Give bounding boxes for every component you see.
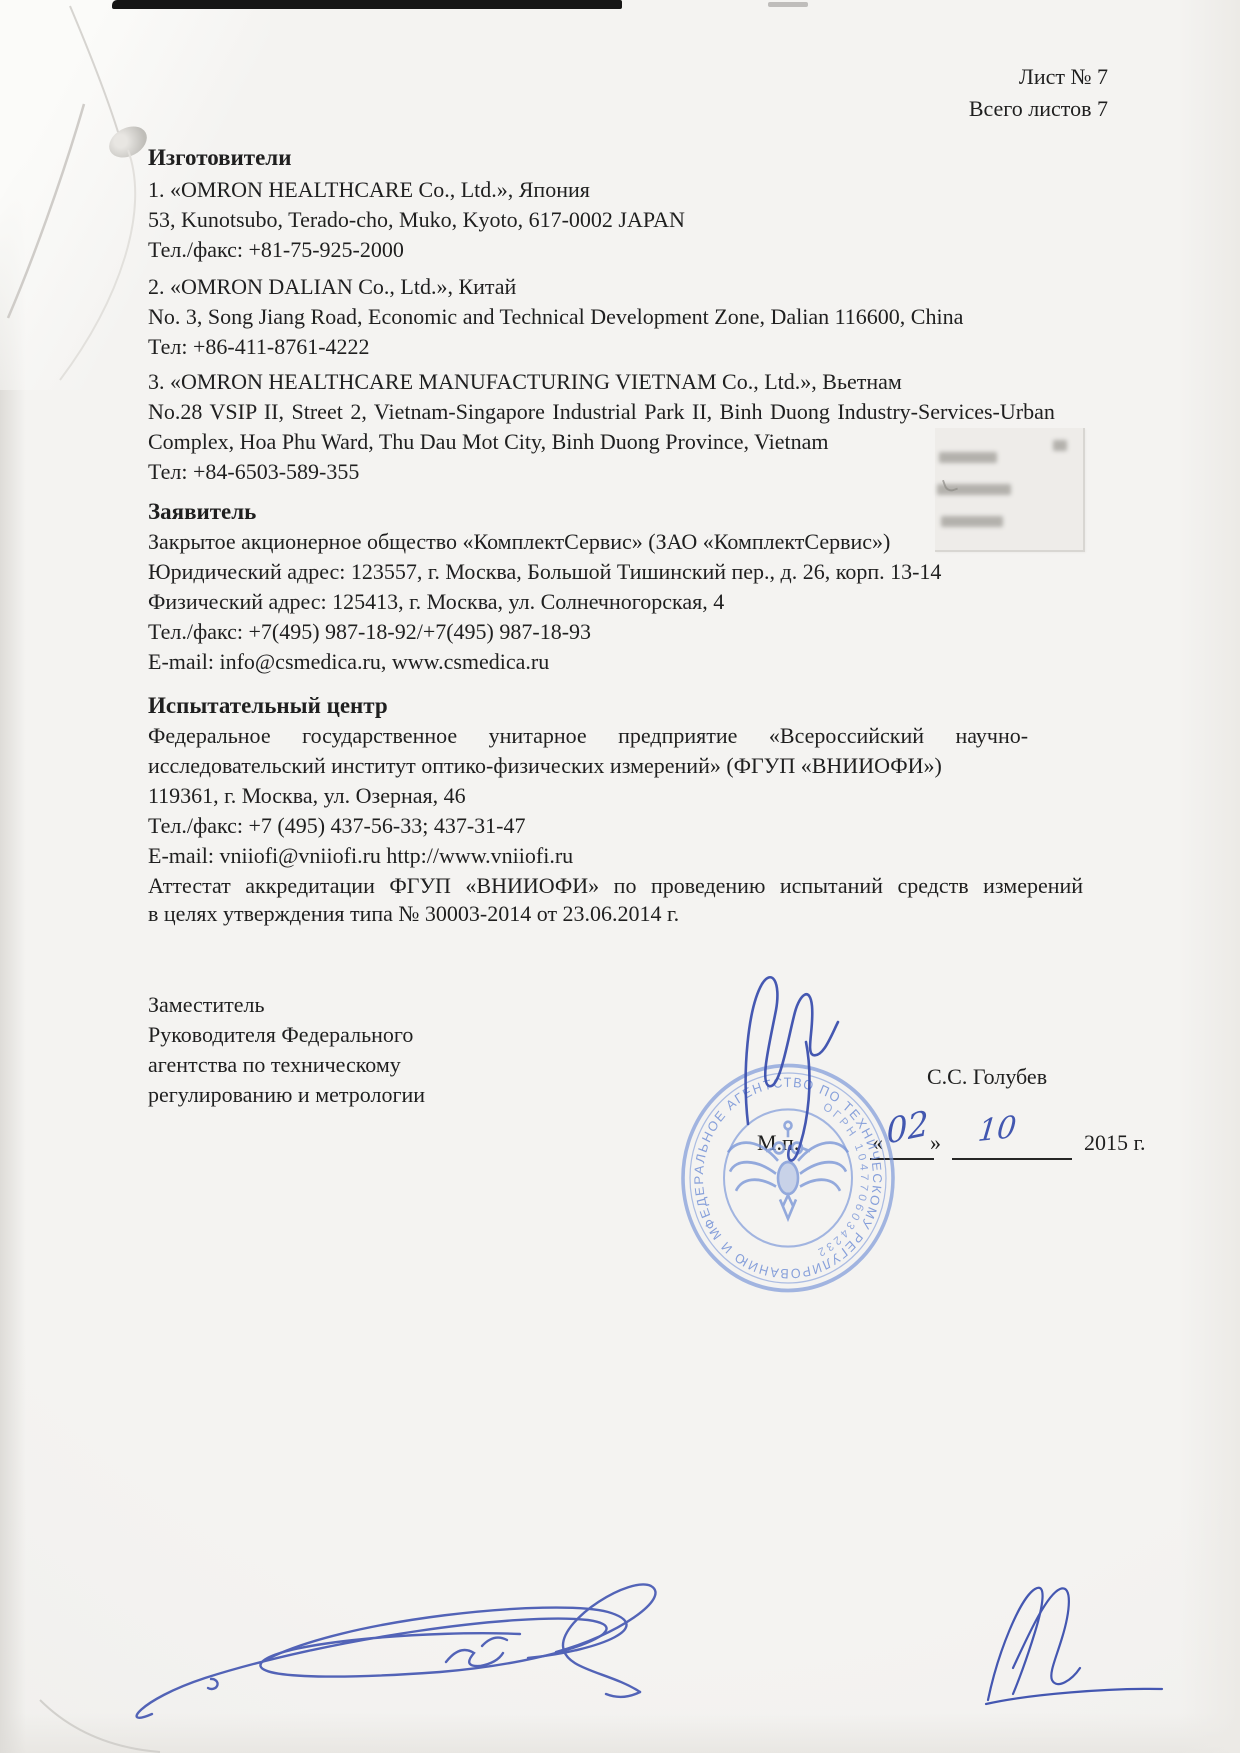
applicant-company: Закрытое акционерное общество «КомплектС… [148, 527, 890, 557]
bottom-right-signature [986, 1588, 1162, 1704]
test-center-name-2: исследовательский институт оптико-физиче… [148, 751, 942, 781]
date-quote-close: » [930, 1128, 941, 1158]
test-center-phone: Тел./факс: +7 (495) 437-56-33; 437-31-47 [148, 811, 525, 841]
date-year: 2015 г. [1084, 1128, 1146, 1158]
applicant-email: E-mail: info@csmedica.ru, www.csmedica.r… [148, 647, 549, 677]
scan-smudge-artifact [768, 2, 808, 7]
manufacturer-1-phone: Тел./факс: +81-75-925-2000 [148, 235, 404, 265]
month-underline [952, 1158, 1072, 1160]
manufacturers-heading: Изготовители [148, 143, 291, 173]
manufacturer-3-address-1: No.28 VSIP II, Street 2, Vietnam-Singapo… [148, 397, 1055, 427]
applicant-heading: Заявитель [148, 497, 256, 527]
signer-position-2: Руководителя Федерального [148, 1020, 413, 1050]
manufacturer-2-phone: Тел: +86-411-8761-4222 [148, 332, 370, 362]
handwritten-month: 10 [976, 1110, 1018, 1150]
signer-position-1: Заместитель [148, 990, 265, 1020]
manufacturer-3-address-2: Complex, Hoa Phu Ward, Thu Dau Mot City,… [148, 427, 829, 457]
eagle-emblem [728, 1122, 848, 1219]
stamp-graphic: ФЕДЕРАЛЬНОЕ АГЕНТСТВО ПО ТЕХНИЧЕСКОМУ РЕ… [676, 1058, 900, 1298]
scan-black-bar-artifact [112, 0, 622, 9]
test-center-heading: Испытательный центр [148, 691, 388, 721]
scanned-document-page: Лист № 7 Всего листов 7 Изготовители 1. … [0, 0, 1240, 1753]
test-center-accreditation-1: Аттестат аккредитации ФГУП «ВНИИОФИ» по … [148, 871, 1083, 901]
test-center-address: 119361, г. Москва, ул. Озерная, 46 [148, 781, 466, 811]
manufacturer-1-address: 53, Kunotsubo, Terado-cho, Muko, Kyoto, … [148, 205, 685, 235]
stamp-ring-text: ФЕДЕРАЛЬНОЕ АГЕНТСТВО ПО ТЕХНИЧЕСКОМУ РЕ… [632, 1035, 932, 1355]
applicant-physical-address: Физический адрес: 125413, г. Москва, ул.… [148, 587, 724, 617]
ghost-stamp-bleedthrough [935, 428, 1085, 552]
manufacturer-3-phone: Тел: +84-6503-589-355 [148, 457, 359, 487]
total-sheets: Всего листов 7 [969, 94, 1108, 124]
applicant-phone: Тел./факс: +7(495) 987-18-92/+7(495) 987… [148, 617, 591, 647]
signer-position-4: регулированию и метрологии [148, 1080, 425, 1110]
manufacturer-1-title: 1. «OMRON HEALTHCARE Co., Ltd.», Япония [148, 175, 590, 205]
official-round-stamp: ФЕДЕРАЛЬНОЕ АГЕНТСТВО ПО ТЕХНИЧЕСКОМУ РЕ… [676, 1058, 900, 1298]
test-center-email: E-mail: vniiofi@vniiofi.ru http://www.vn… [148, 841, 573, 871]
signer-position-3: агентства по техническому [148, 1050, 401, 1080]
test-center-accreditation-2: в целях утверждения типа № 30003-2014 от… [148, 899, 679, 929]
manufacturer-2-title: 2. «OMRON DALIAN Co., Ltd.», Китай [148, 272, 516, 302]
signer-name: С.С. Голубев [927, 1062, 1047, 1092]
manufacturer-2-address: No. 3, Song Jiang Road, Economic and Tec… [148, 302, 963, 332]
manufacturer-3-title: 3. «OMRON HEALTHCARE MANUFACTURING VIETN… [148, 367, 902, 397]
applicant-legal-address: Юридический адрес: 123557, г. Москва, Бо… [148, 557, 941, 587]
bottom-left-signature [137, 1584, 656, 1717]
test-center-name-1: Федеральное государственное унитарное пр… [148, 721, 1028, 751]
sheet-number: Лист № 7 [1019, 62, 1108, 92]
